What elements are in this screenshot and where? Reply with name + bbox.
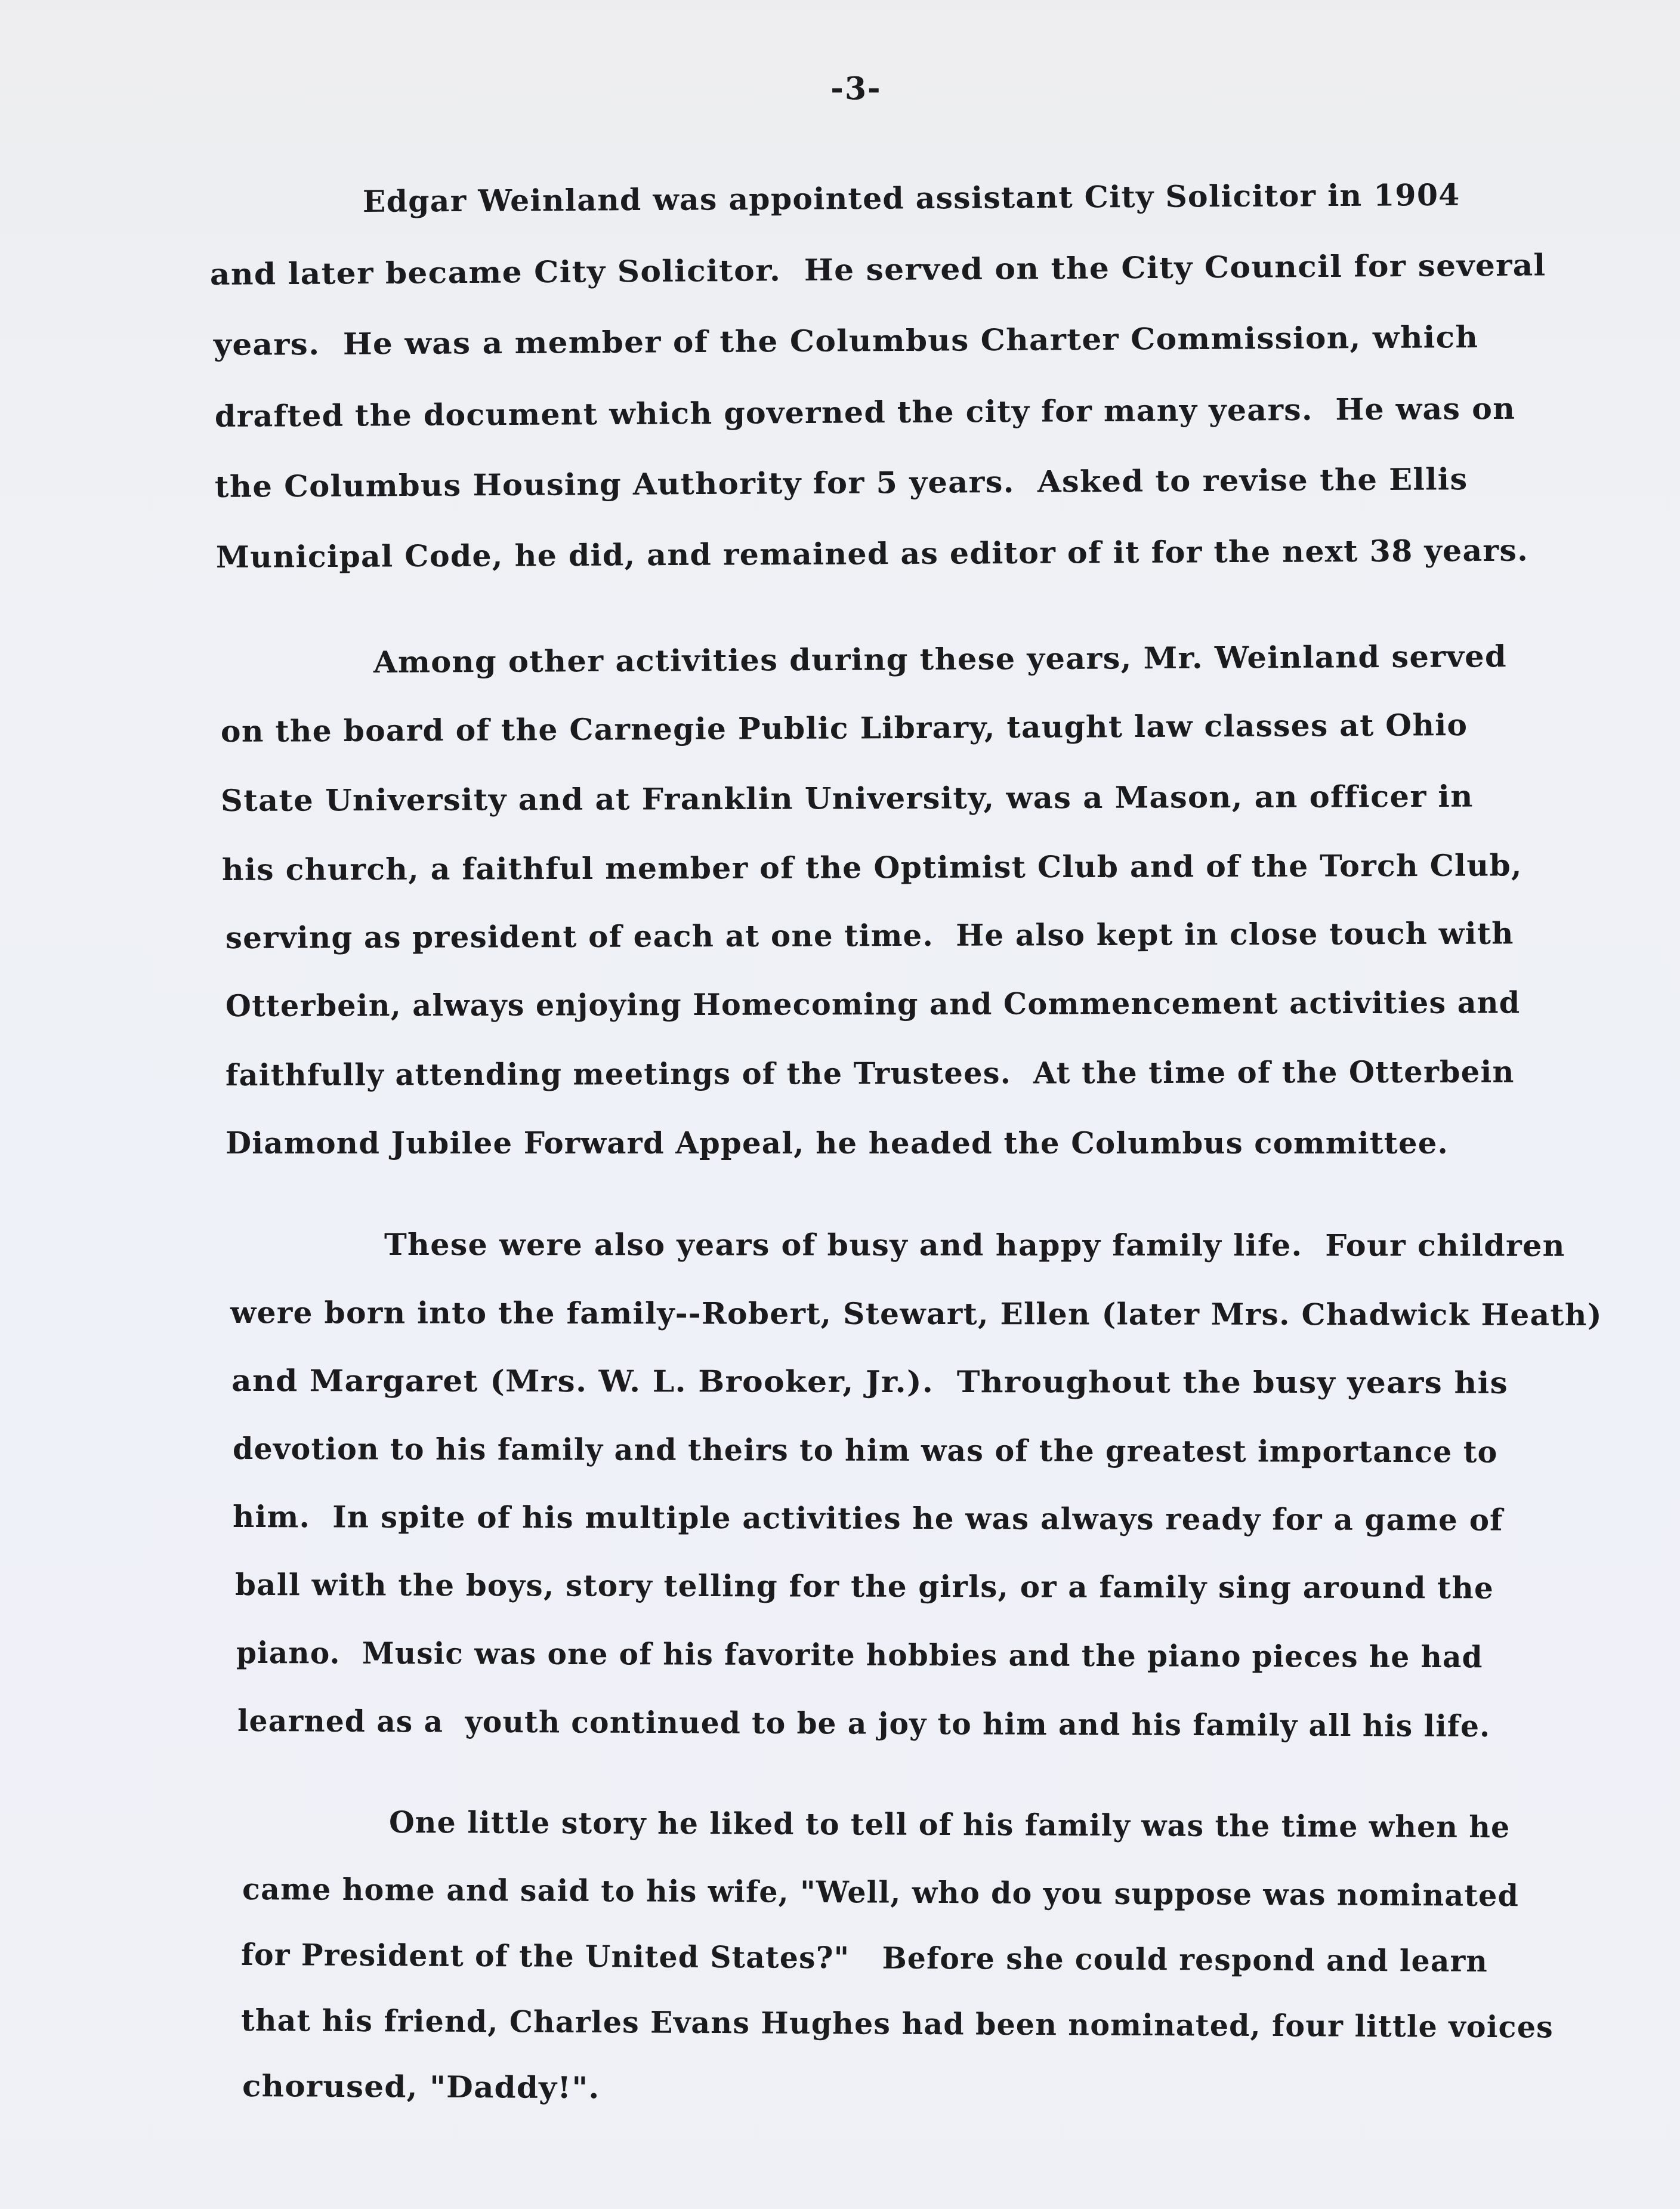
- page-number: -3-: [0, 70, 1680, 107]
- text-line: piano. Music was one of his favorite hob…: [236, 1635, 1483, 1674]
- text-line: serving as president of each at one time…: [226, 915, 1514, 955]
- text-line: Edgar Weinland was appointed assistant C…: [363, 177, 1460, 219]
- text-line: Otterbein, always enjoying Homecoming an…: [226, 985, 1520, 1023]
- text-line: These were also years of busy and happy …: [384, 1227, 1565, 1263]
- text-line: chorused, "Daddy!".: [242, 2068, 600, 2105]
- text-line: ball with the boys, story telling for th…: [235, 1567, 1494, 1606]
- text-line: the Columbus Housing Authority for 5 yea…: [215, 461, 1468, 504]
- text-line: him. In spite of his multiple activities…: [233, 1499, 1503, 1538]
- text-line: years. He was a member of the Columbus C…: [214, 319, 1479, 362]
- text-line: learned as a youth continued to be a joy…: [237, 1703, 1491, 1744]
- text-line: came home and said to his wife, "Well, w…: [242, 1871, 1519, 1913]
- text-line: on the board of the Carnegie Public Libr…: [221, 707, 1468, 749]
- text-line: were born into the family--Robert, Stewa…: [230, 1295, 1602, 1332]
- text-line: State University and at Franklin Univers…: [221, 779, 1474, 818]
- document-page: -3- Edgar Weinland was appointed assista…: [0, 0, 1680, 2209]
- text-line: Municipal Code, he did, and remained as …: [216, 532, 1528, 575]
- text-line: One little story he liked to tell of his…: [389, 1804, 1511, 1844]
- text-line: his church, a faithful member of the Opt…: [222, 847, 1522, 887]
- text-line: faithfully attending meetings of the Tru…: [226, 1054, 1515, 1093]
- text-line: for President of the United States?" Bef…: [241, 1937, 1488, 1979]
- text-line: and later became City Solicitor. He serv…: [210, 247, 1546, 292]
- text-line: Among other activities during these year…: [373, 638, 1507, 680]
- text-line: Diamond Jubilee Forward Appeal, he heade…: [226, 1125, 1449, 1161]
- text-line: drafted the document which governed the …: [215, 391, 1515, 434]
- text-line: devotion to his family and theirs to him…: [233, 1431, 1498, 1470]
- text-line: and Margaret (Mrs. W. L. Brooker, Jr.). …: [231, 1363, 1508, 1400]
- text-line: that his friend, Charles Evans Hughes ha…: [241, 2003, 1554, 2045]
